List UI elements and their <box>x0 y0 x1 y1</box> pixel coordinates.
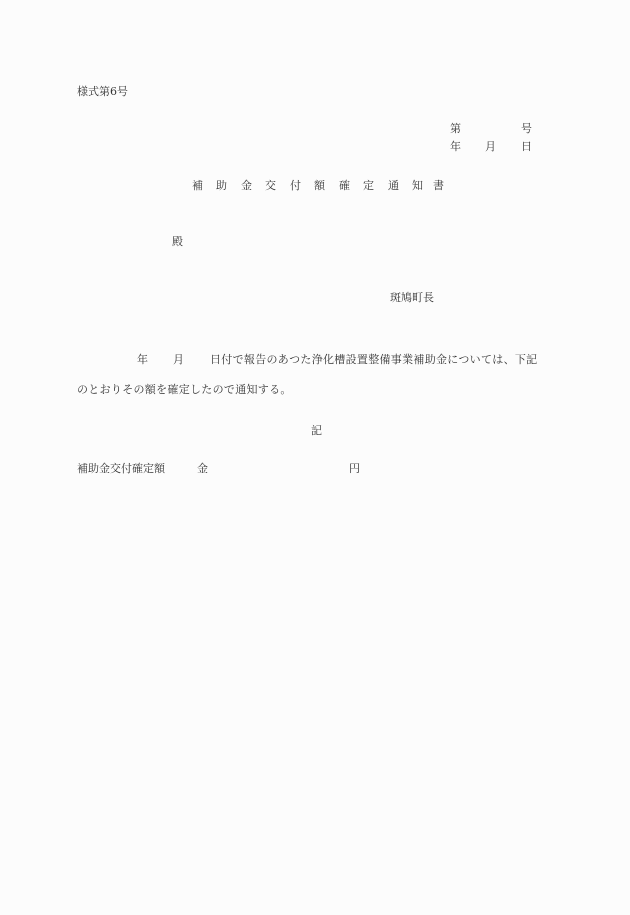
title-char: 額 <box>314 179 325 193</box>
addressee-honorific: 殿 <box>172 235 183 249</box>
issuer-name: 斑鳩町長 <box>390 291 434 305</box>
form-number: 様式第6号 <box>77 85 128 99</box>
document-page: 様式第6号 第 号 年 月 日 補 助 金 交 付 額 確 定 通 知 書 殿 … <box>0 0 630 915</box>
title-char: 補 <box>192 179 203 193</box>
body-line-1: 日付で報告のあつた浄化槽設置整備事業補助金については、下記 <box>210 353 537 367</box>
number-suffix: 号 <box>521 122 532 136</box>
title-char: 付 <box>290 179 301 193</box>
title-char: 助 <box>216 179 227 193</box>
body-year-label: 年 <box>137 353 148 367</box>
body-line-2: のとおりその額を確定したので通知する。 <box>77 383 292 397</box>
number-prefix: 第 <box>450 122 461 136</box>
amount-prefix: 金 <box>197 462 208 476</box>
date-year-label: 年 <box>450 140 461 154</box>
title-char: 金 <box>241 179 252 193</box>
date-day-label: 日 <box>521 140 532 154</box>
title-char: 確 <box>339 179 350 193</box>
amount-unit: 円 <box>349 462 360 476</box>
title-char: 通 <box>388 179 399 193</box>
date-month-label: 月 <box>485 140 496 154</box>
body-month-label: 月 <box>173 353 184 367</box>
title-char: 定 <box>363 179 374 193</box>
title-char: 書 <box>433 179 444 193</box>
title-char: 交 <box>265 179 276 193</box>
title-char: 知 <box>412 179 423 193</box>
amount-label: 補助金交付確定額 <box>77 462 165 476</box>
notes-heading: 記 <box>311 424 322 438</box>
